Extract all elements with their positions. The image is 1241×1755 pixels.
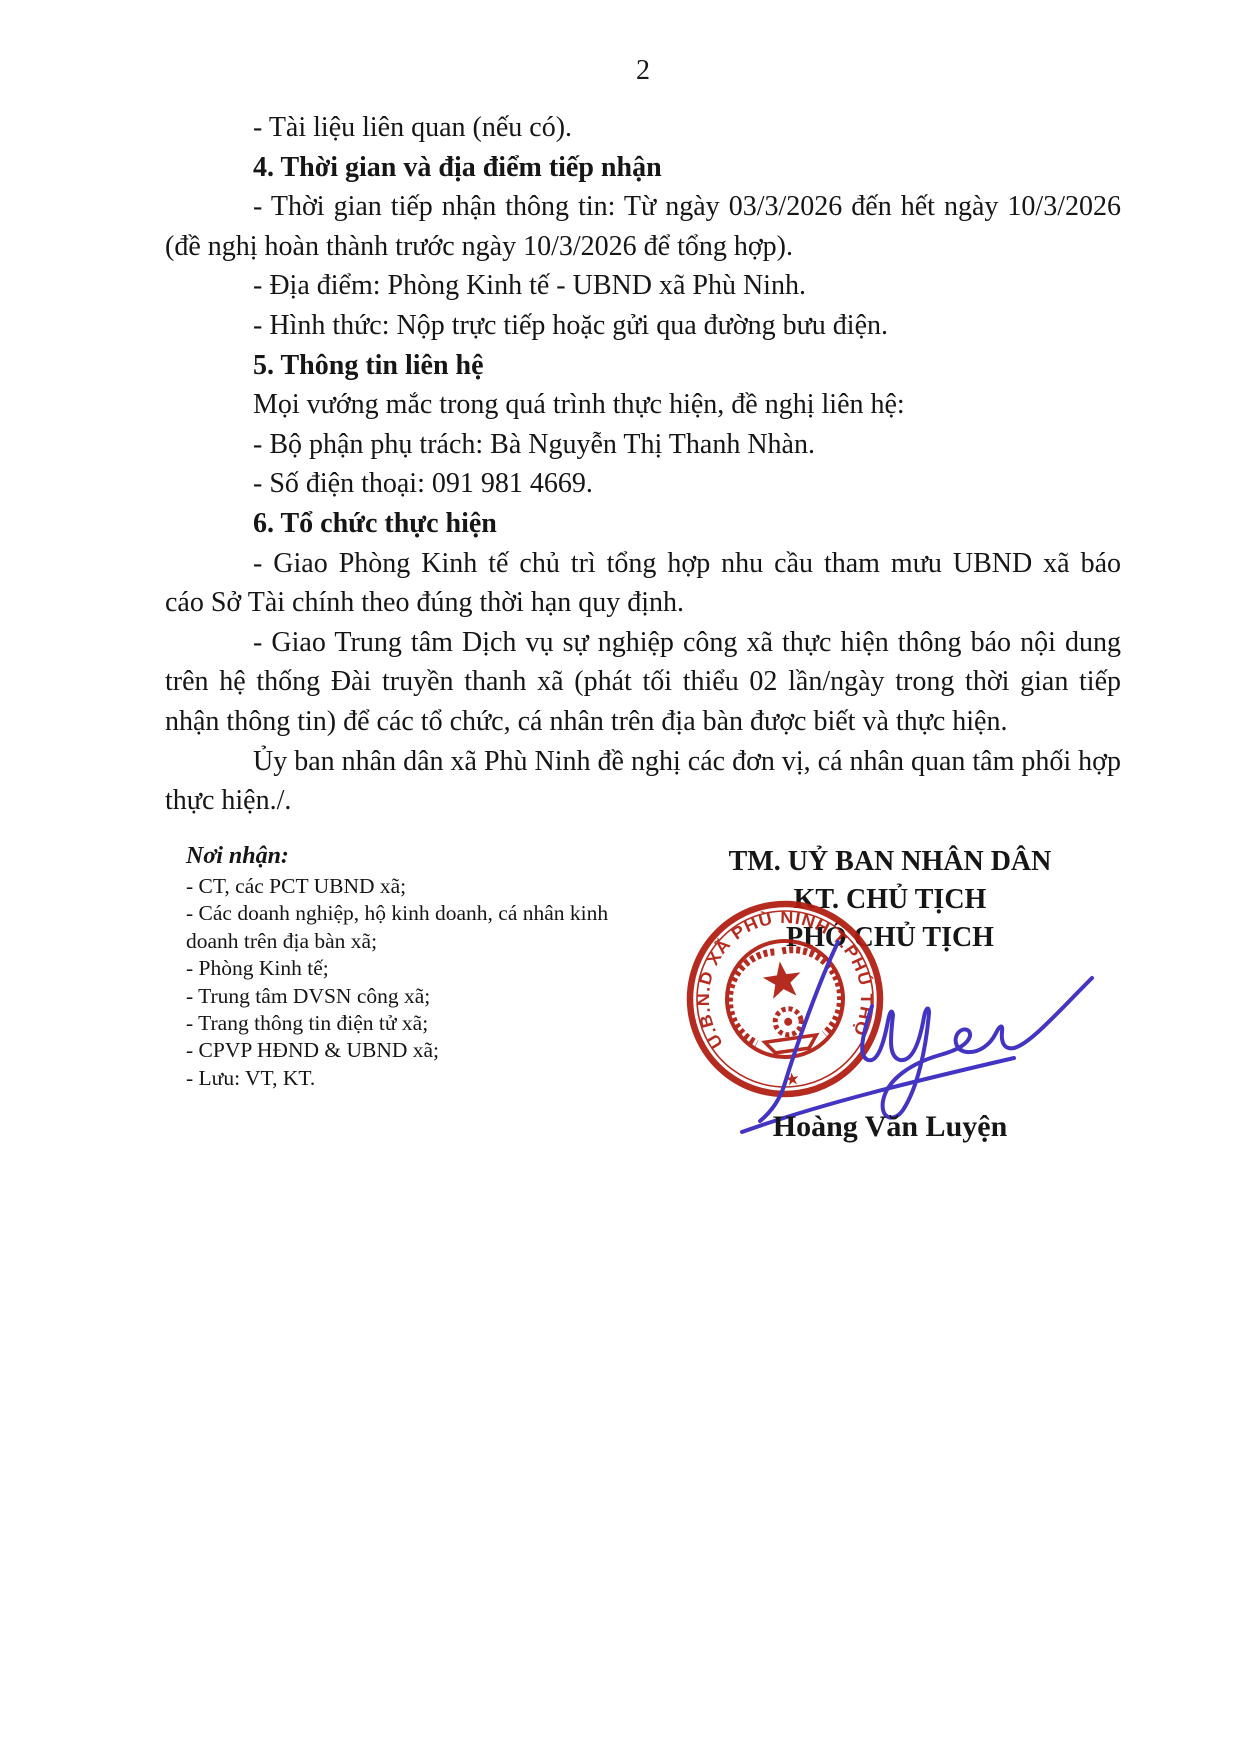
emblem-gear-hub (784, 1017, 793, 1026)
recipient-line: - Lưu: VT, KT. (186, 1065, 666, 1092)
recipient-line: - Trung tâm DVSN công xã; (186, 983, 666, 1010)
recipient-line: - CT, các PCT UBND xã; (186, 873, 666, 900)
body-line: thực hiện./. (165, 781, 1121, 821)
body-line: Mọi vướng mắc trong quá trình thực hiện,… (165, 385, 1121, 425)
body-line: - Giao Phòng Kinh tế chủ trì tổng hợp nh… (165, 544, 1121, 584)
recipient-line: doanh trên địa bàn xã; (186, 928, 666, 955)
recipient-line: - CPVP HĐND & UBND xã; (186, 1037, 666, 1064)
body-line: - Thời gian tiếp nhận thông tin: Từ ngày… (165, 187, 1121, 227)
body-line: - Bộ phận phụ trách: Bà Nguyễn Thị Thanh… (165, 425, 1121, 465)
body-line: Ủy ban nhân dân xã Phù Ninh đề nghị các … (165, 742, 1121, 782)
body-line: - Địa điểm: Phòng Kinh tế - UBND xã Phù … (165, 266, 1121, 306)
body-line: - Giao Trung tâm Dịch vụ sự nghiệp công … (165, 623, 1121, 663)
on-behalf-line: TM. UỶ BAN NHÂN DÂN (640, 843, 1140, 881)
document-body: - Tài liệu liên quan (nếu có). 4. Thời g… (165, 108, 1121, 821)
recipient-line: - Trang thông tin điện tử xã; (186, 1010, 666, 1037)
section-heading: 4. Thời gian và địa điểm tiếp nhận (165, 148, 1121, 188)
section-heading: 5. Thông tin liên hệ (165, 346, 1121, 386)
recipients-block: Nơi nhận: - CT, các PCT UBND xã; - Các d… (186, 841, 666, 1092)
body-line: nhận thông tin) để các tổ chức, cá nhân … (165, 702, 1121, 742)
body-line: - Hình thức: Nộp trực tiếp hoặc gửi qua … (165, 306, 1121, 346)
body-line: - Số điện thoại: 091 981 4669. (165, 464, 1121, 504)
document-page: 2 - Tài liệu liên quan (nếu có). 4. Thời… (0, 0, 1241, 1755)
signer-name: Hoàng Văn Luyện (640, 1110, 1140, 1144)
body-line: trên hệ thống Đài truyền thanh xã (phát … (165, 662, 1121, 702)
stamp-star-icon: ★ (783, 1069, 801, 1090)
section-heading: 6. Tổ chức thực hiện (165, 504, 1121, 544)
recipients-heading: Nơi nhận: (186, 841, 666, 871)
body-line: - Tài liệu liên quan (nếu có). (165, 108, 1121, 148)
body-line: (đề nghị hoàn thành trước ngày 10/3/2026… (165, 227, 1121, 267)
emblem-wreath-left (723, 952, 786, 1046)
body-line: cáo Sở Tài chính theo đúng thời hạn quy … (165, 583, 1121, 623)
national-emblem-stamp: U.B.N.D XÃ PHÙ NINH T.PHÚ THỌ ★ (675, 889, 895, 1109)
emblem-star-icon (761, 959, 804, 1000)
recipient-line: - Phòng Kinh tế; (186, 955, 666, 982)
page-number: 2 (165, 54, 1121, 88)
recipient-line: - Các doanh nghiệp, hộ kinh doanh, cá nh… (186, 900, 666, 927)
